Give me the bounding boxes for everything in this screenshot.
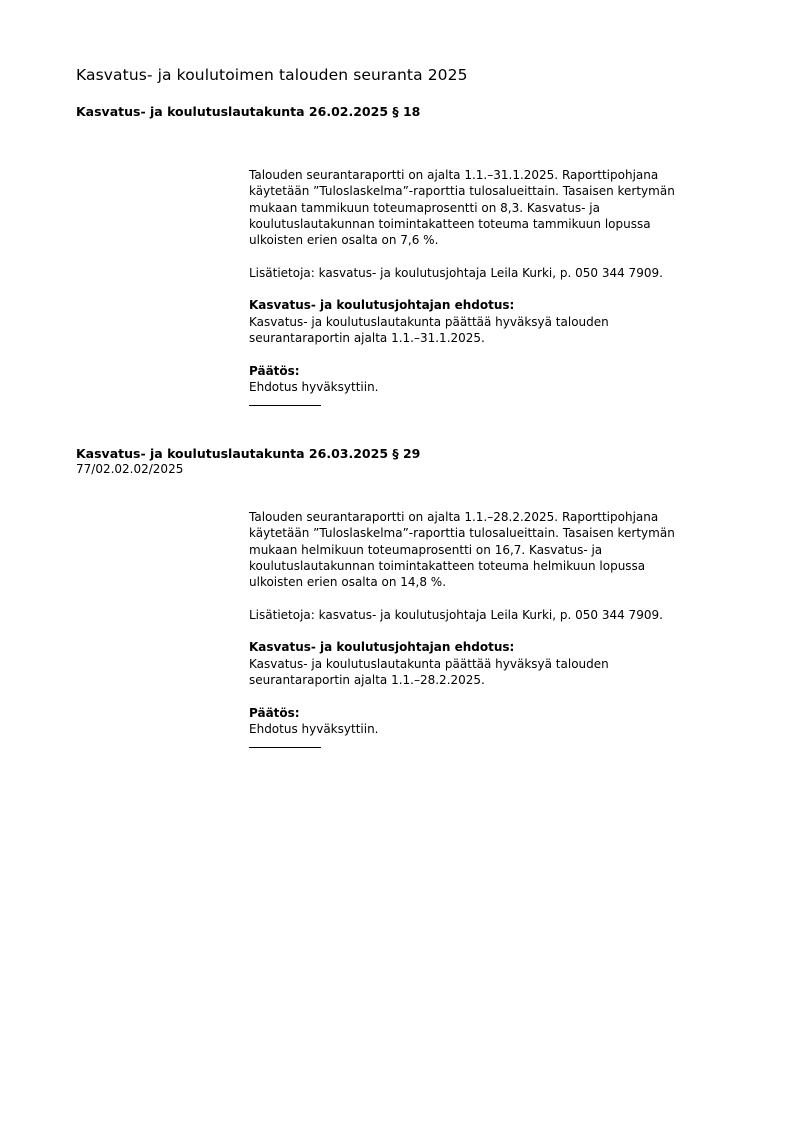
report-line: koulutuslautakunnan toimintakatteen tote… [249, 216, 749, 232]
report-line: Talouden seurantaraportti on ajalta 1.1.… [249, 167, 749, 183]
proposal-heading: Kasvatus- ja koulutusjohtajan ehdotus: [249, 639, 749, 655]
section-heading-1: Kasvatus- ja koulutuslautakunta 26.02.20… [76, 104, 420, 119]
proposal-line: seurantaraportin ajalta 1.1.–31.1.2025. [249, 330, 749, 346]
info-paragraph: Lisätietoja: kasvatus- ja koulutusjohtaj… [249, 265, 749, 281]
report-line: Talouden seurantaraportti on ajalta 1.1.… [249, 509, 749, 525]
section-body-1: Talouden seurantaraportti on ajalta 1.1.… [249, 167, 749, 406]
decision-text: Ehdotus hyväksyttiin. [249, 379, 749, 395]
proposal-line: seurantaraportin ajalta 1.1.–28.2.2025. [249, 672, 749, 688]
proposal-paragraph: Kasvatus- ja koulutusjohtajan ehdotus: K… [249, 639, 749, 688]
decision-paragraph: Päätös: Ehdotus hyväksyttiin. [249, 363, 749, 396]
section-end-rule [249, 405, 321, 406]
section-end-rule [249, 747, 321, 748]
decision-heading: Päätös: [249, 705, 749, 721]
proposal-line: Kasvatus- ja koulutuslautakunta päättää … [249, 656, 749, 672]
section-heading-2: Kasvatus- ja koulutuslautakunta 26.03.20… [76, 446, 420, 461]
info-paragraph: Lisätietoja: kasvatus- ja koulutusjohtaj… [249, 607, 749, 623]
section-reference-2: 77/02.02.02/2025 [76, 462, 183, 476]
decision-text: Ehdotus hyväksyttiin. [249, 721, 749, 737]
report-line: ulkoisten erien osalta on 14,8 %. [249, 574, 749, 590]
section-body-2: Talouden seurantaraportti on ajalta 1.1.… [249, 509, 749, 748]
report-paragraph: Talouden seurantaraportti on ajalta 1.1.… [249, 167, 749, 248]
report-paragraph: Talouden seurantaraportti on ajalta 1.1.… [249, 509, 749, 590]
decision-heading: Päätös: [249, 363, 749, 379]
report-line: käytetään ”Tuloslaskelma”-raporttia tulo… [249, 183, 749, 199]
report-line: käytetään ”Tuloslaskelma”-raporttia tulo… [249, 525, 749, 541]
proposal-heading: Kasvatus- ja koulutusjohtajan ehdotus: [249, 297, 749, 313]
report-line: ulkoisten erien osalta on 7,6 %. [249, 232, 749, 248]
proposal-paragraph: Kasvatus- ja koulutusjohtajan ehdotus: K… [249, 297, 749, 346]
report-line: mukaan helmikuun toteumaprosentti on 16,… [249, 542, 749, 558]
decision-paragraph: Päätös: Ehdotus hyväksyttiin. [249, 705, 749, 738]
report-line: koulutuslautakunnan toimintakatteen tote… [249, 558, 749, 574]
proposal-line: Kasvatus- ja koulutuslautakunta päättää … [249, 314, 749, 330]
document-title: Kasvatus- ja koulutoimen talouden seuran… [76, 66, 468, 84]
report-line: mukaan tammikuun toteumaprosentti on 8,3… [249, 200, 749, 216]
